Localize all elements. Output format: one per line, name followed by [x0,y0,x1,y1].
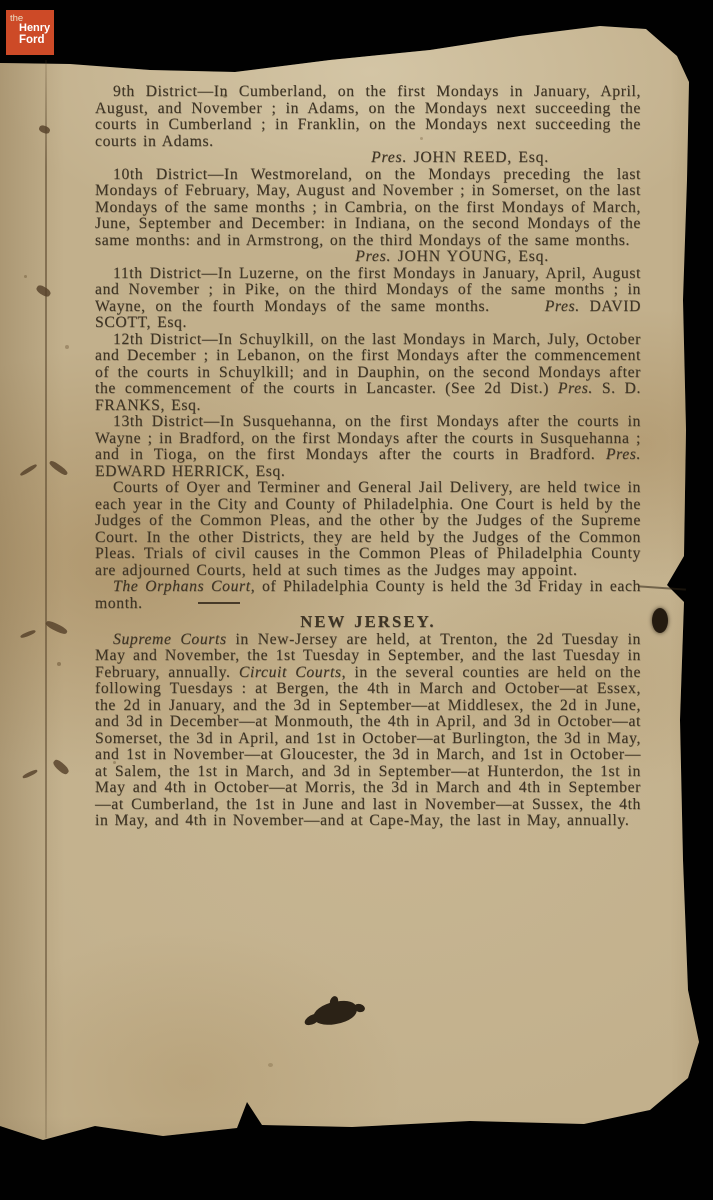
document-paragraph: The Orphans Court, of Philadelphia Count… [95,579,641,612]
document-paragraph: 9th District—In Cumberland, on the first… [95,84,641,150]
text-run: Pres. [355,248,391,265]
document-paragraph: 13th District—In Susquehanna, on the fir… [95,414,641,480]
divider-dash [198,602,240,605]
text-run: Supreme Courts [113,631,227,648]
text-run: EDWARD HERRICK, Esq. [95,463,285,480]
logo-henry: Henry [19,23,50,34]
text-run: Pres. [371,149,407,166]
document-paragraph: 11th District—In Luzerne, on the first M… [95,266,641,332]
president-line: Pres. JOHN YOUNG, Esq. [95,249,641,266]
section-heading: NEW JERSEY. [95,614,641,631]
text-run: The Orphans Court [113,578,251,595]
scan-background: the Henry Ford 9th District—In Cumberlan… [0,0,713,1200]
text-run: 10th District—In Westmoreland, on the Mo… [95,166,641,249]
document-paragraph: Courts of Oyer and Terminer and General … [95,480,641,579]
text-run: JOHN YOUNG, Esq. [391,248,549,265]
president-line: Pres. JOHN REED, Esq. [95,150,641,167]
logo-ford: Ford [19,35,45,47]
text-run: Courts of Oyer and Terminer and General … [95,479,641,579]
text-run: 9th District—In Cumberland, on the first… [95,83,641,150]
paper-speck [268,1063,273,1067]
text-run: , in the several counties are held on th… [95,664,641,830]
document-paragraph: 12th District—In Schuylkill, on the last… [95,332,641,415]
text-run: Pres. [545,298,580,315]
paper-speck [24,275,27,278]
text-run: Circuit Courts [239,664,342,681]
text-run: JOHN REED, Esq. [407,149,549,166]
paper-speck [65,345,69,349]
text-column: 9th District—In Cumberland, on the first… [95,84,641,830]
text-run: Pres. [606,446,641,463]
document-paragraph: Supreme Courts in New-Jersey are held, a… [95,632,641,830]
text-run: Pres. [558,380,593,397]
text-run: 13th District—In Susquehanna, on the fir… [95,413,641,463]
text-run: NEW JERSEY. [300,612,436,631]
document-paragraph: 10th District—In Westmoreland, on the Mo… [95,167,641,250]
paper-speck [57,662,61,666]
worm-hole [652,608,668,633]
henry-ford-logo: the Henry Ford [6,10,54,55]
binding-crease [45,60,47,1138]
